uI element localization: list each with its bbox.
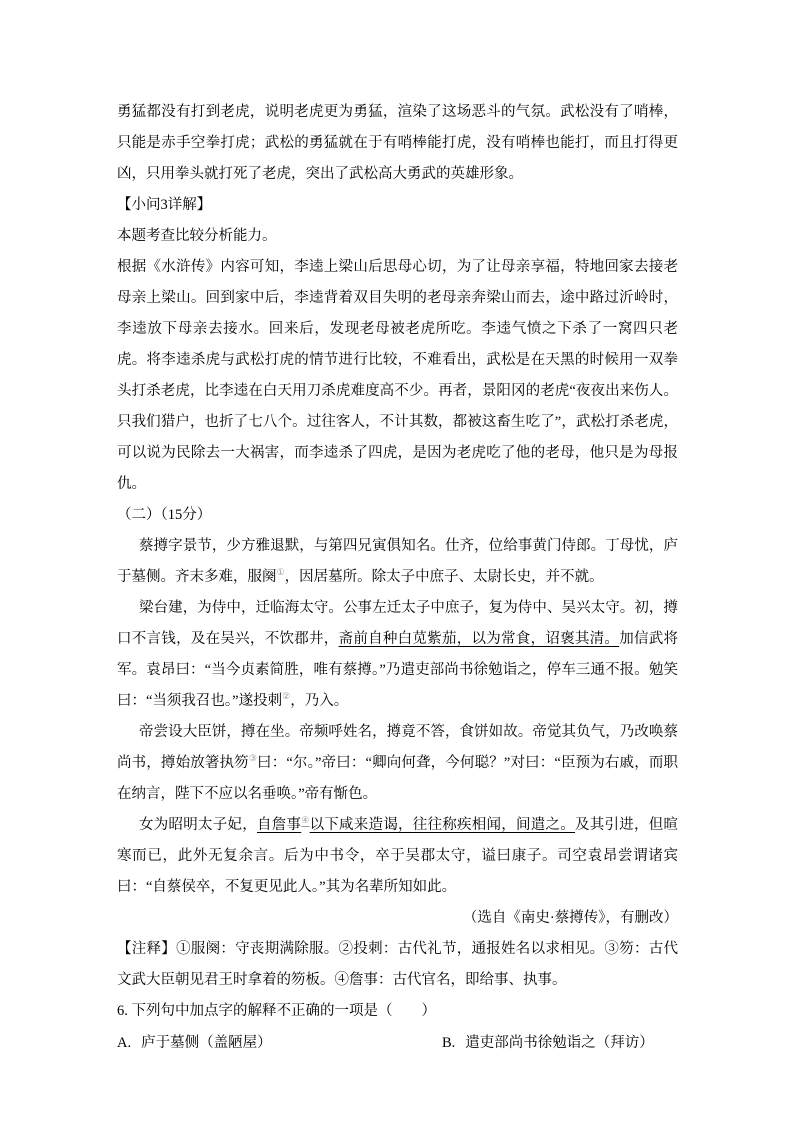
paragraph-likui-comparison: 根据《水浒传》内容可知，李逵上梁山后思母心切，为了让母亲享福，特地回家去接老母亲… <box>117 252 678 500</box>
source-attribution: （选自《南史·蔡撙传》，有删改） <box>117 903 678 934</box>
heading-subquestion-3: 【小问3详解】 <box>117 190 678 221</box>
option-b-text: 遣吏部尚书徐勉诣之（拜访） <box>465 1035 654 1051</box>
heading-section-two: （二）（15分） <box>117 500 678 531</box>
document-page: 勇猛都没有打到老虎，说明老虎更为勇猛，渲染了这场恶斗的气氛。武松没有了哨棒，只能… <box>0 0 794 1123</box>
text-segment: ，乃入。 <box>290 693 348 709</box>
text-segment: （选自《南史·蔡撙传》，有删改） <box>463 910 678 926</box>
option-a: A.庐于墓侧（盖陋屋） <box>117 1028 442 1059</box>
option-a-label: A. <box>117 1035 131 1051</box>
option-b-label: B. <box>442 1035 455 1051</box>
text-segment: ，因居墓所。除太子中庶子、太尉长史，并不就。 <box>285 569 604 585</box>
passage-paragraph-3: 帝尝设大臣饼，撙在坐。帝频呼姓名，撙竟不答，食饼如故。帝觉其负气，乃改唤蔡尚书，… <box>117 717 678 810</box>
text-segment: 女为昭明太子妃， <box>139 817 257 833</box>
note-marker: ① <box>277 567 285 577</box>
note-marker: ② <box>282 691 290 701</box>
question-6-stem: 6. 下列句中加点字的解释不正确的一项是（ ） <box>117 996 678 1027</box>
note-marker: ③ <box>249 753 257 763</box>
text-segment: 【注释】①服阕：守丧期满除服。②投刺：古代礼节，通报姓名以求相见。③笏：古代文武… <box>117 941 678 988</box>
text-segment: 本题考查比较分析能力。 <box>117 228 277 244</box>
text-segment: 自詹事 <box>257 817 301 833</box>
option-a-text: 庐于墓侧（盖陋屋） <box>141 1035 272 1051</box>
question-6-options: A.庐于墓侧（盖陋屋） B.遣吏部尚书徐勉诣之（拜访） <box>117 1028 678 1059</box>
annotations: 【注释】①服阕：守丧期满除服。②投刺：古代礼节，通报姓名以求相见。③笏：古代文武… <box>117 934 678 996</box>
text-segment: 6. 下列句中加点字的解释不正确的一项是（ ） <box>117 1003 436 1019</box>
text-segment: （二）（15分） <box>117 507 211 523</box>
text-segment: 以下咸来造谒，往往称疾相闻，间遣之。 <box>310 817 575 833</box>
text-segment: 勇猛都没有打到老虎，说明老虎更为勇猛，渲染了这场恶斗的气氛。武松没有了哨棒，只能… <box>117 104 678 182</box>
text-segment: 【小问3详解】 <box>117 197 211 213</box>
passage-paragraph-1: 蔡撙字景节，少方雅退默，与第四兄寅俱知名。仕齐，位给事黄门侍郎。丁母忧，庐于墓侧… <box>117 531 678 593</box>
passage-paragraph-2: 梁台建，为侍中，迁临海太守。公事左迁太子中庶子，复为侍中、吴兴太守。初，撙口不言… <box>117 593 678 717</box>
passage-paragraph-4: 女为昭明太子妃，自詹事④以下咸来造谒，往往称疾相闻，间遣之。及其引进，但暄寒而已… <box>117 810 678 903</box>
text-segment: 根据《水浒传》内容可知，李逵上梁山后思母心切，为了让母亲享福，特地回家去接老母亲… <box>117 259 678 492</box>
text-exam-point: 本题考查比较分析能力。 <box>117 221 678 252</box>
document-content: 勇猛都没有打到老虎，说明老虎更为勇猛，渲染了这场恶斗的气氛。武松没有了哨棒，只能… <box>117 97 678 1059</box>
option-b: B.遣吏部尚书徐勉诣之（拜访） <box>442 1028 654 1059</box>
text-segment: 斋前自种白苋紫茄，以为常食，诏褒其清。 <box>339 631 620 647</box>
note-marker: ④ <box>301 815 309 825</box>
paragraph-wusong-analysis: 勇猛都没有打到老虎，说明老虎更为勇猛，渲染了这场恶斗的气氛。武松没有了哨棒，只能… <box>117 97 678 190</box>
